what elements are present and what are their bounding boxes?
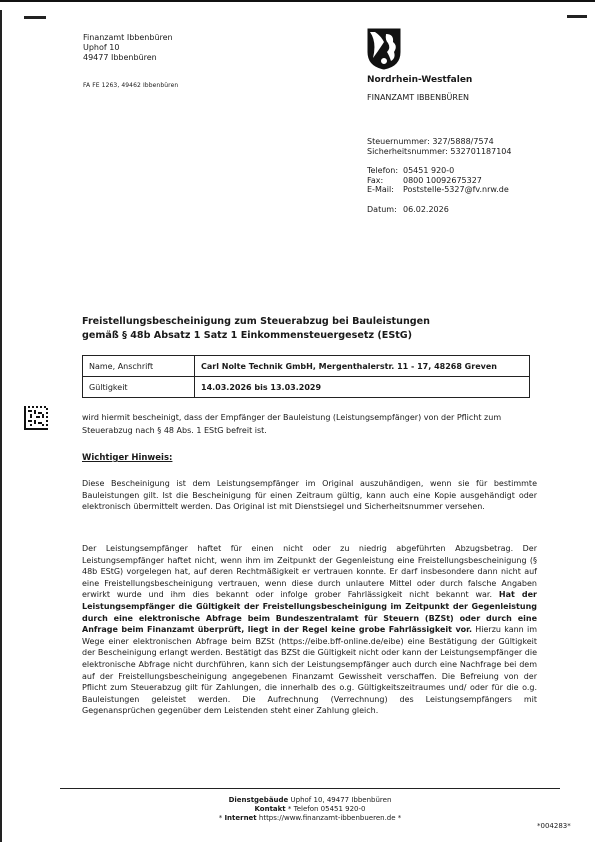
identifiers-block: Steuernummer: 327/5888/7574 Sicherheitsn… [367,137,511,156]
phone-label: Telefon: [367,166,403,176]
postal-return-line: FA FE 1263, 49462 Ibbenbüren [83,82,178,89]
exemption-statement: wird hiermit bescheinigt, dass der Empfä… [82,412,537,437]
security-number-label: Sicherheitsnummer: [367,147,448,156]
table-row: Name, Anschrift Carl Nolte Technik GmbH,… [83,356,530,377]
phone-value: 05451 920-0 [403,166,454,175]
row-label: Gültigkeit [83,377,195,398]
security-number: 532701187104 [450,147,511,156]
document-number: *004283* [537,822,571,830]
date-label: Datum: [367,205,403,214]
email-label: E-Mail: [367,185,403,195]
notice-paragraph-2: Der Leistungsempfänger haftet für einen … [82,543,537,717]
datamatrix-code-icon [24,406,48,430]
footer-internet-link[interactable]: https://www.finanzamt-ibbenbueren.de * [257,814,402,822]
sender-city: 49477 Ibbenbüren [83,53,173,63]
fold-mark-left [24,16,46,19]
document-title: Freistellungsbescheinigung zum Steuerabz… [82,315,430,343]
row-label: Name, Anschrift [83,356,195,377]
scan-border-top [0,0,595,2]
fax-label: Fax: [367,176,403,186]
notice-paragraph-1: Diese Bescheinigung ist dem Leistungsemp… [82,478,537,513]
footer-building-label: Dienstgebäude [229,796,289,804]
title-line-2: gemäß § 48b Absatz 1 Satz 1 Einkommenste… [82,329,430,343]
contact-block: Telefon:05451 920-0 Fax:0800 10092675327… [367,166,509,195]
footer: Dienstgebäude Uphof 10, 49477 Ibbenbüren… [160,796,460,823]
nrw-coat-of-arms-icon [367,28,401,70]
important-notice-heading: Wichtiger Hinweis: [82,453,172,463]
office-name: FINANZAMT IBBENBÜREN [367,93,469,102]
title-line-1: Freistellungsbescheinigung zum Steuerabz… [82,315,430,329]
footer-contact-label: Kontakt [254,805,285,813]
footer-internet-label: Internet [224,814,256,822]
table-row: Gültigkeit 14.03.2026 bis 13.03.2029 [83,377,530,398]
barcode-mark-right [567,15,587,18]
verification-text: Hierzu kann im Wege einer elektronischen… [82,625,537,715]
footer-contact: * Telefon 05451 920-0 [286,805,366,813]
sender-name: Finanzamt Ibbenbüren [83,33,173,43]
row-value: Carl Nolte Technik GmbH, Mergenthalerstr… [195,356,530,377]
tax-number-label: Steuernummer: [367,137,430,146]
date-block: Datum:06.02.2026 [367,205,449,214]
footer-building: Uphof 10, 49477 Ibbenbüren [288,796,391,804]
sender-street: Uphof 10 [83,43,173,53]
liability-text: Der Leistungsempfänger haftet für einen … [82,544,537,599]
certificate-info-table: Name, Anschrift Carl Nolte Technik GmbH,… [82,355,530,398]
email-value[interactable]: Poststelle-5327@fv.nrw.de [403,185,509,194]
fax-value: 0800 10092675327 [403,176,482,185]
state-name: Nordrhein-Westfalen [367,75,472,85]
footer-divider [60,788,560,789]
sender-address: Finanzamt Ibbenbüren Uphof 10 49477 Ibbe… [83,33,173,63]
tax-number: 327/5888/7574 [432,137,493,146]
scan-border-left [0,10,2,842]
date-value: 06.02.2026 [403,205,449,214]
row-value: 14.03.2026 bis 13.03.2029 [195,377,530,398]
